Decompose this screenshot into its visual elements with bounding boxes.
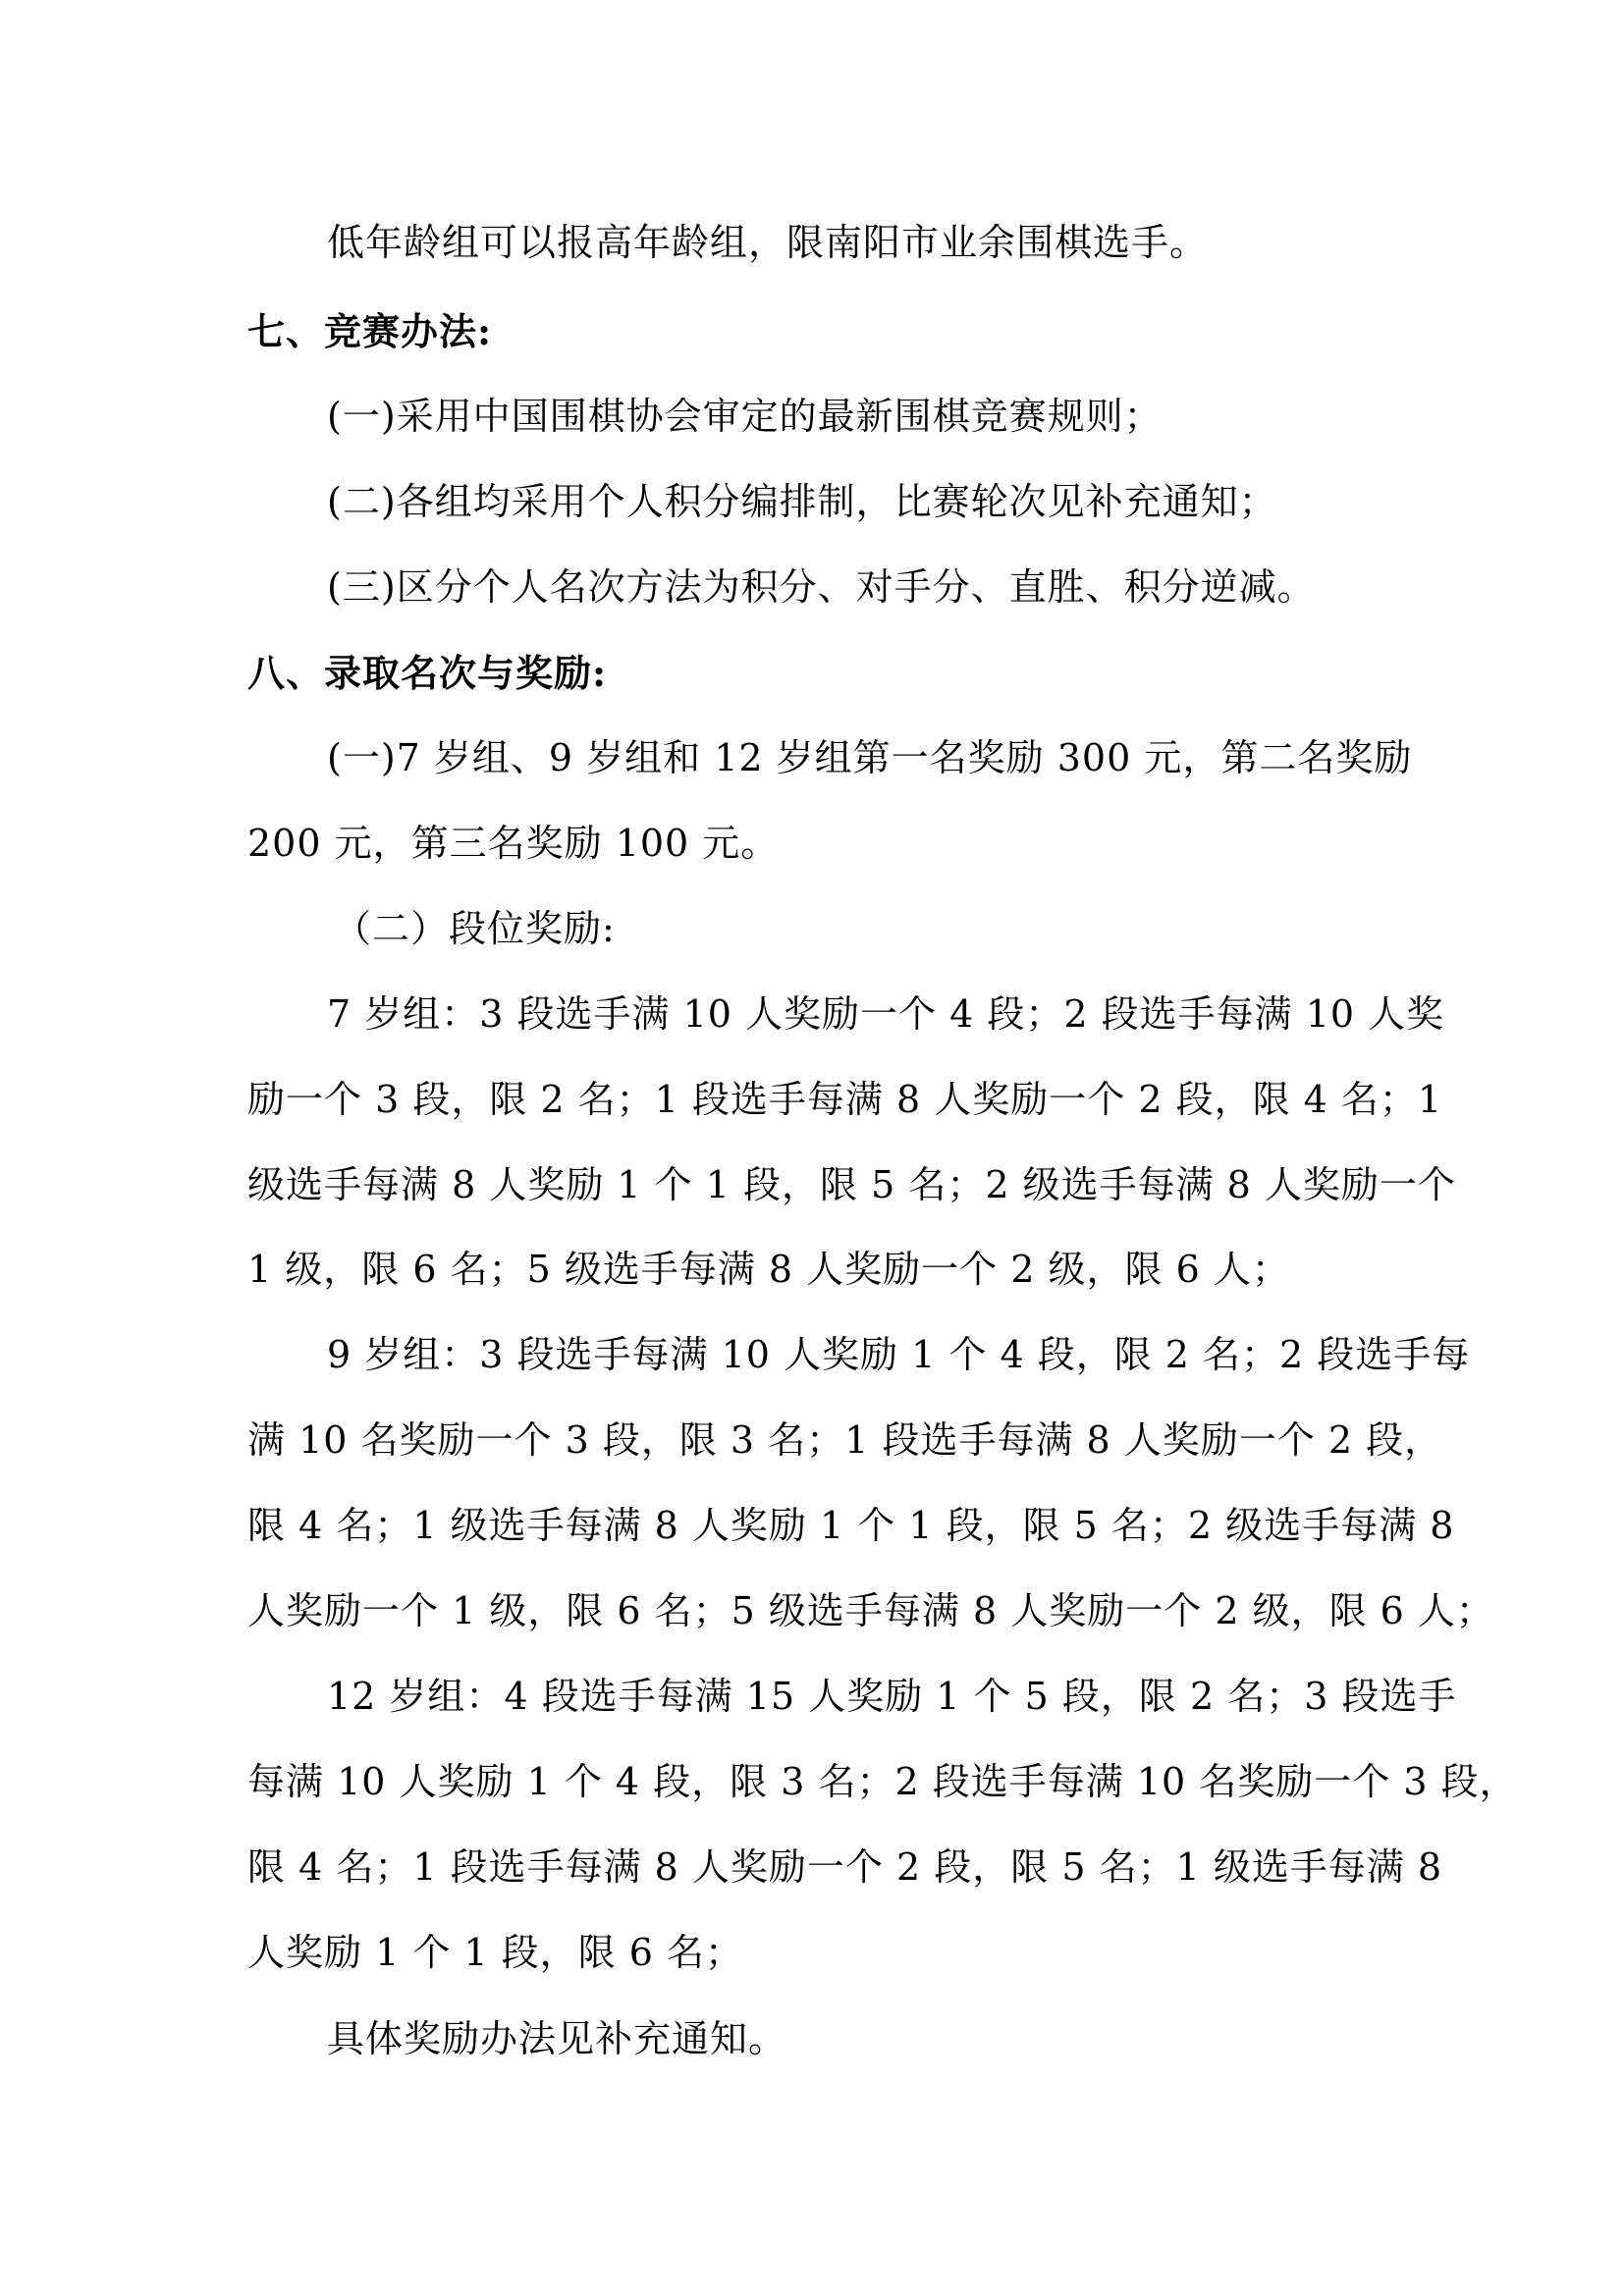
group12-line-1: 12 岁组：4 段选手每满 15 人奖励 1 个 5 段，限 2 名；3 段选手 [327,1654,1384,1739]
group9-line-2: 满 10 名奖励一个 3 段，限 3 名；1 段选手每满 8 人奖励一个 2 段… [247,1398,1384,1483]
group12-line-2: 每满 10 人奖励 1 个 4 段，限 3 名；2 段选手每满 10 名奖励一个… [247,1739,1384,1825]
group7-line-3: 级选手每满 8 人奖励 1 个 1 段，限 5 名；2 级选手每满 8 人奖励一… [247,1143,1384,1228]
group12-line-4: 人奖励 1 个 1 段，限 6 名； [247,1910,1384,1996]
group7-line-2: 励一个 3 段，限 2 名；1 段选手每满 8 人奖励一个 2 段，限 4 名；… [247,1057,1384,1143]
document-page: 低年龄组可以报高年龄组，限南阳市业余围棋选手。 七、竞赛办法: (一)采用中国围… [0,0,1624,2296]
group7-line-4: 1 级，限 6 名；5 级选手每满 8 人奖励一个 2 级，限 6 人； [247,1227,1384,1312]
prize-line-2: 200 元，第三名奖励 100 元。 [247,801,1384,886]
section-7-item-2: (二)各组均采用个人积分编排制，比赛轮次见补充通知； [327,459,1384,545]
group9-line-3: 限 4 名；1 级选手每满 8 人奖励 1 个 1 段，限 5 名；2 级选手每… [247,1483,1384,1569]
dan-reward-heading: （二）段位奖励: [334,886,1384,972]
closing-line: 具体奖励办法见补充通知。 [327,1997,1384,2082]
section-8-heading: 八、录取名次与奖励: [247,630,1384,716]
section-7-item-3: (三)区分个人名次方法为积分、对手分、直胜、积分逆减。 [327,545,1384,630]
section-7-item-1: (一)采用中国围棋协会审定的最新围棋竞赛规则； [327,374,1384,459]
group9-line-4: 人奖励一个 1 级，限 6 名；5 级选手每满 8 人奖励一个 2 级，限 6 … [247,1569,1384,1654]
group12-line-3: 限 4 名；1 段选手每满 8 人奖励一个 2 段，限 5 名；1 级选手每满 … [247,1825,1384,1910]
prize-line-1: (一)7 岁组、9 岁组和 12 岁组第一名奖励 300 元，第二名奖励 [327,716,1384,801]
group9-line-1: 9 岁组：3 段选手每满 10 人奖励 1 个 4 段，限 2 名；2 段选手每 [327,1312,1384,1398]
group7-line-1: 7 岁组：3 段选手满 10 人奖励一个 4 段；2 段选手每满 10 人奖 [327,972,1384,1057]
section-7-heading: 七、竞赛办法: [247,289,1384,374]
intro-line: 低年龄组可以报高年龄组，限南阳市业余围棋选手。 [327,200,1384,286]
